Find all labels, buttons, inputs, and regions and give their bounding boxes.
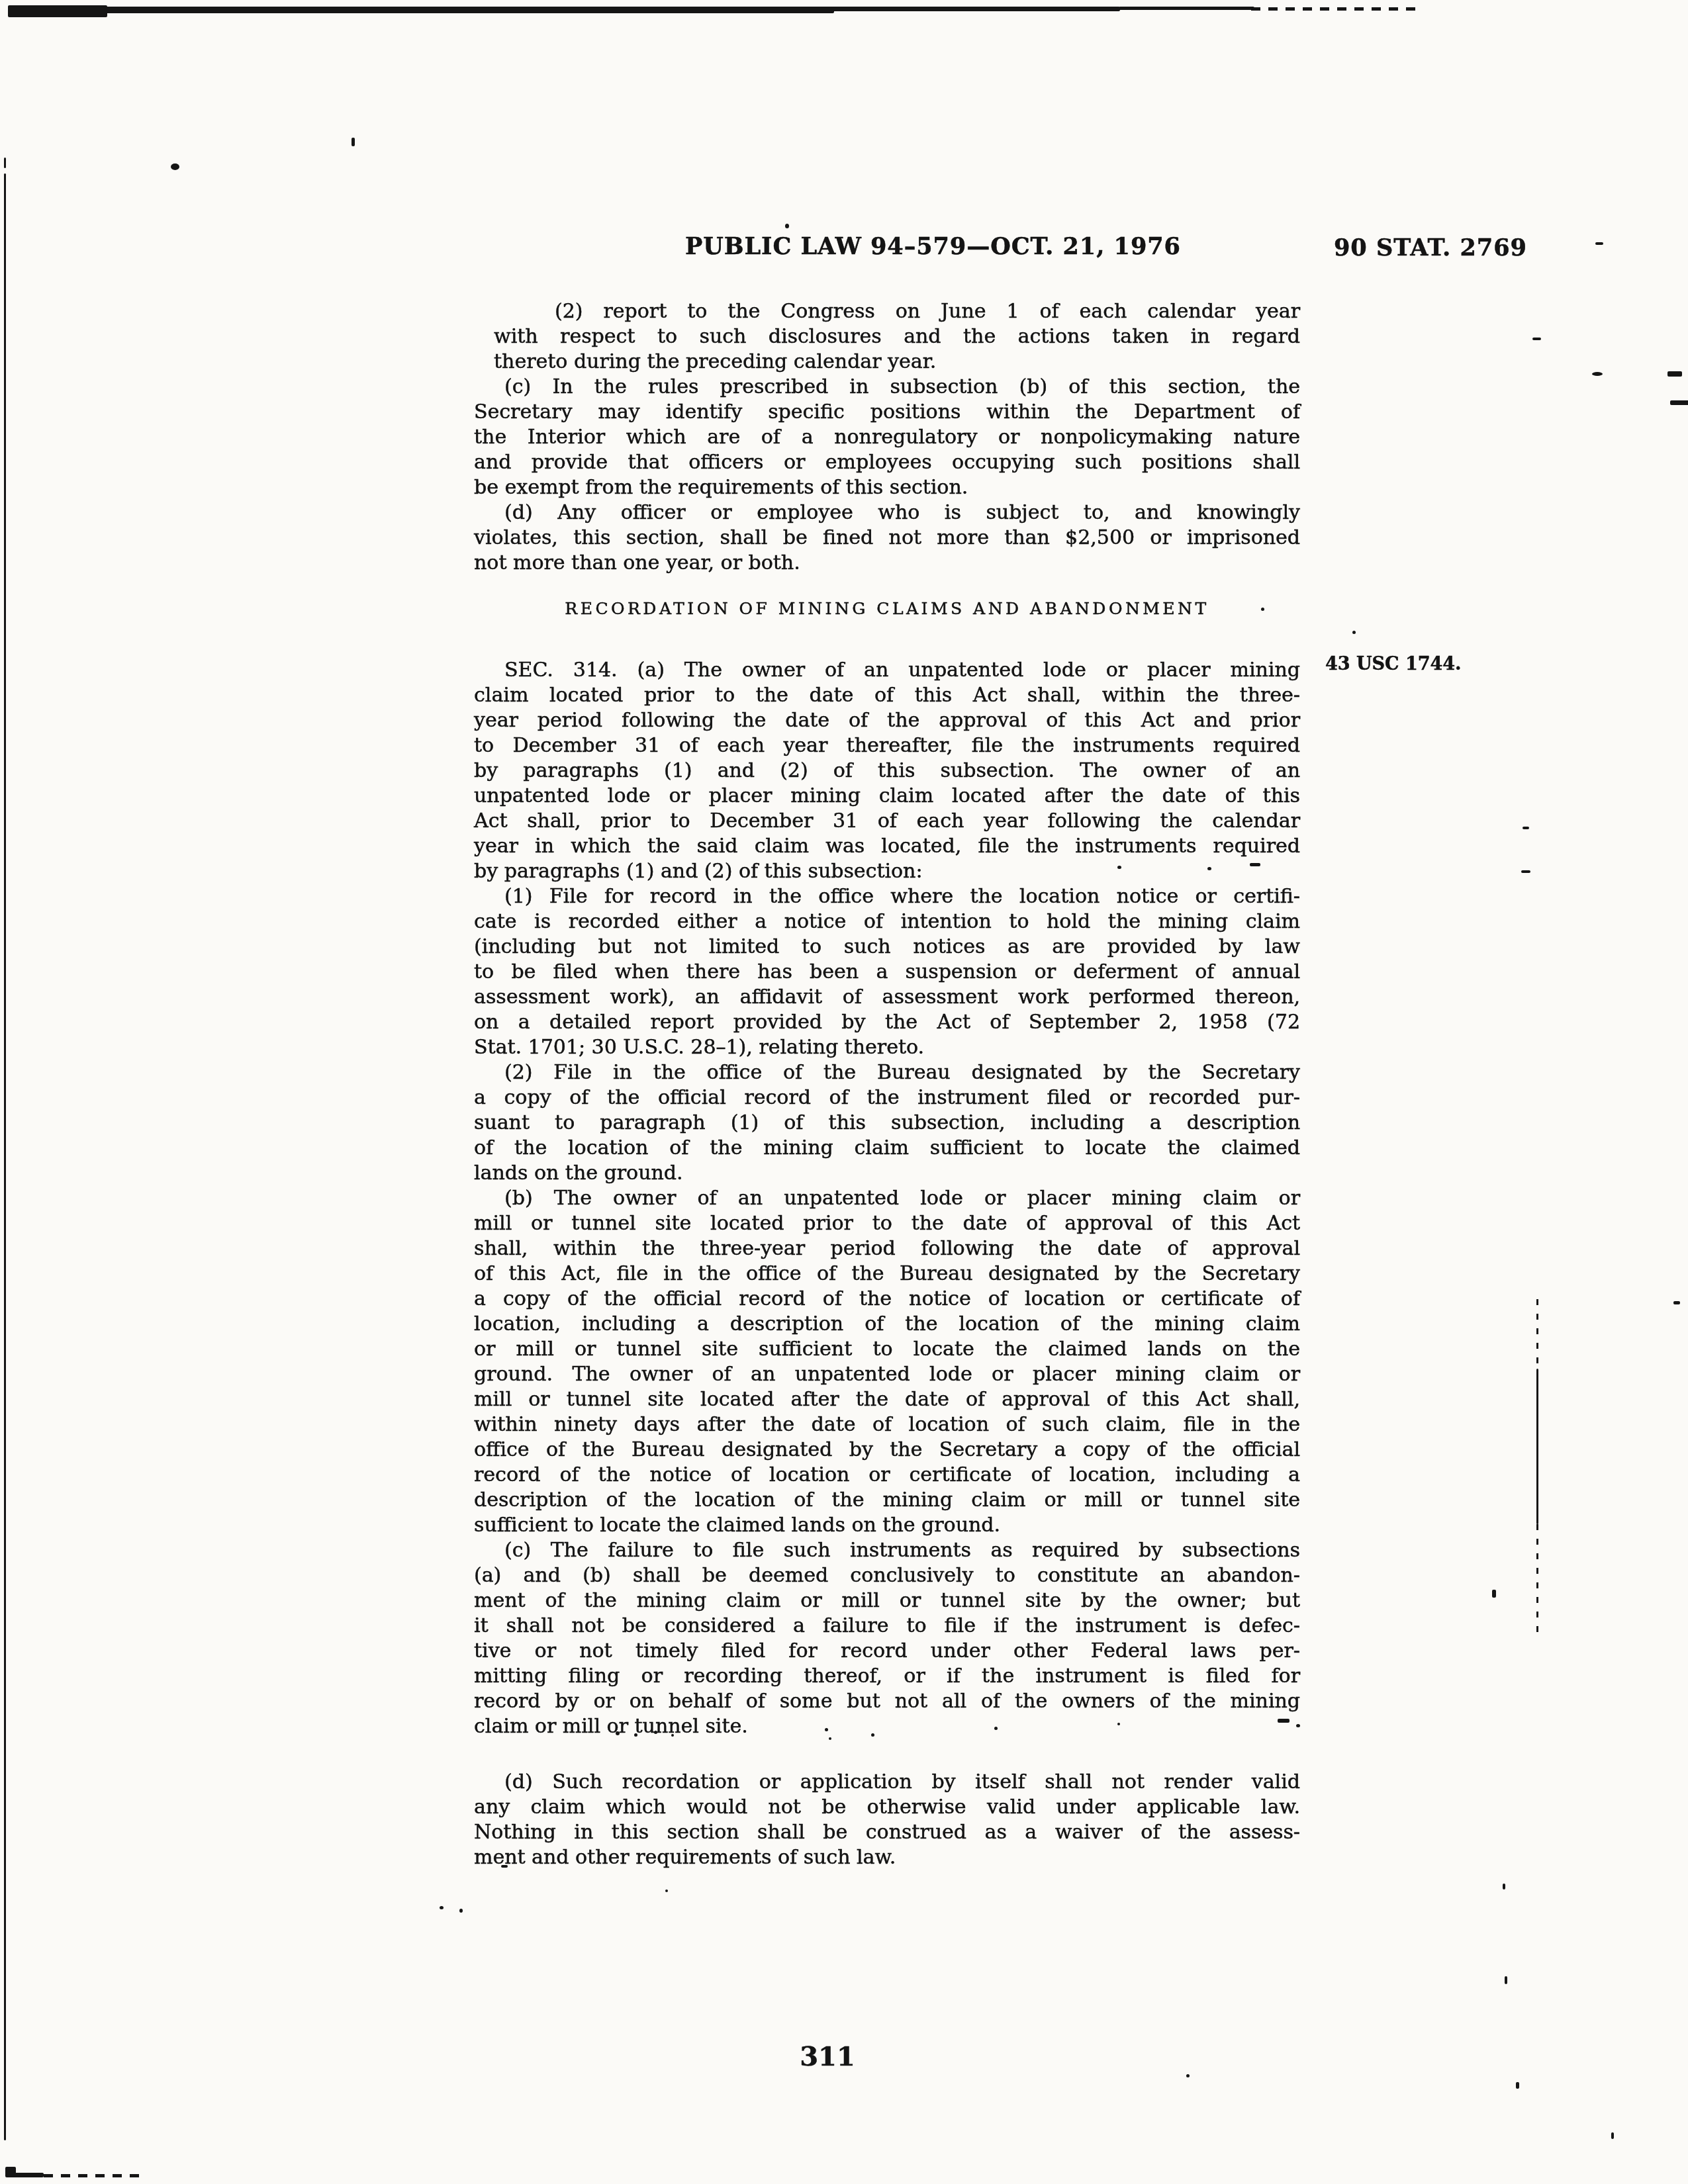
statute-line: on a detailed report provided by the Act… [474, 1010, 1300, 1035]
statute-line: sufficient to locate the claimed lands o… [474, 1513, 1300, 1538]
scan-artifact [171, 163, 179, 170]
statute-line: (d) Such recordation or application by i… [474, 1770, 1300, 1795]
statute-line: by paragraphs (1) and (2) of this subsec… [474, 758, 1300, 784]
paragraph-carryover-2: (2) report to the Congress on June 1 of … [474, 299, 1300, 375]
scan-artifact [501, 1865, 508, 1868]
statute-line: by paragraphs (1) and (2) of this subsec… [474, 859, 1300, 884]
statute-line: ment and other requirements of such law. [474, 1845, 1300, 1870]
statute-line: year in which the said claim was located… [474, 834, 1300, 859]
scan-artifact [829, 1737, 831, 1740]
statute-line: and provide that officers or employees o… [474, 450, 1300, 475]
scan-artifact [1667, 371, 1682, 377]
scan-artifact [1119, 7, 1254, 10]
scan-artifact [1186, 2074, 1190, 2077]
paragraph-subsection-c: (c) In the rules prescribed in subsectio… [474, 375, 1300, 500]
scan-artifact [825, 1728, 828, 1731]
statute-line: (c) The failure to file such instruments… [474, 1538, 1300, 1563]
statute-text-column: (2) report to the Congress on June 1 of … [474, 299, 1300, 1870]
scan-artifact [1278, 1719, 1289, 1723]
statute-line: any claim which would not be otherwise v… [474, 1795, 1300, 1820]
scan-artifact [1532, 338, 1541, 340]
running-head-law-title: PUBLIC LAW 94–579—OCT. 21, 1976 [685, 233, 1181, 260]
statute-line: record of the notice of location or cert… [474, 1463, 1300, 1488]
paragraph-clause-1: (1) File for record in the office where … [474, 884, 1300, 1060]
statute-line: of this Act, file in the office of the B… [474, 1261, 1300, 1287]
statute-line: Nothing in this section shall be constru… [474, 1820, 1300, 1845]
statute-line: (1) File for record in the office where … [474, 884, 1300, 909]
scan-artifact [1505, 1976, 1507, 1984]
statute-line: to December 31 of each year thereafter, … [474, 733, 1300, 758]
scan-artifact [1117, 866, 1121, 869]
statute-line: (d) Any officer or employee who is subje… [474, 500, 1300, 525]
statute-line: (a) and (b) shall be deemed conclusively… [474, 1563, 1300, 1588]
statute-line: to be filed when there has been a suspen… [474, 960, 1300, 985]
scanned-statute-page: PUBLIC LAW 94–579—OCT. 21, 1976 90 STAT.… [0, 0, 1688, 2184]
statute-line: cate is recorded either a notice of inte… [474, 909, 1300, 934]
scan-artifact [106, 10, 834, 13]
statute-line: a copy of the official record of the not… [474, 1287, 1300, 1312]
statute-line: (2) report to the Congress on June 1 of … [494, 299, 1300, 324]
paragraph-subsection-d: (d) Any officer or employee who is subje… [474, 500, 1300, 576]
scan-artifact [1352, 631, 1356, 634]
statute-line: assessment work), an affidavit of assess… [474, 985, 1300, 1010]
statute-line: violates, this section, shall be fined n… [474, 525, 1300, 551]
scan-artifact [1536, 1299, 1538, 1369]
scan-artifact [4, 173, 6, 2140]
statute-line: not more than one year, or both. [474, 551, 1300, 576]
scan-artifact [4, 158, 6, 168]
statute-line: ground. The owner of an unpatented lode … [474, 1362, 1300, 1387]
statute-line: location, including a description of the… [474, 1312, 1300, 1337]
scan-artifact [1117, 1723, 1120, 1725]
scan-artifact [5, 2173, 44, 2177]
statute-line: shall, within the three-year period foll… [474, 1236, 1300, 1261]
statute-line: or mill or tunnel site sufficient to loc… [474, 1337, 1300, 1362]
scan-artifact [1261, 608, 1264, 611]
statute-line: office of the Bureau designated by the S… [474, 1437, 1300, 1463]
statute-line: (c) In the rules prescribed in subsectio… [474, 375, 1300, 400]
statute-line: Stat. 1701; 30 U.S.C. 28–1), relating th… [474, 1035, 1300, 1060]
statute-line: Secretary may identify specific position… [474, 400, 1300, 425]
statute-line: thereto during the preceding calendar ye… [494, 349, 1300, 375]
paragraph-subsection-b: (b) The owner of an unpatented lode or p… [474, 1186, 1300, 1538]
margin-note-usc-citation: 43 USC 1744. [1325, 654, 1461, 674]
scan-artifact [994, 1727, 998, 1730]
statute-line: (including but not limited to such notic… [474, 934, 1300, 960]
scan-artifact [1492, 1590, 1496, 1598]
scan-artifact [665, 1889, 668, 1892]
scan-artifact [1521, 870, 1530, 873]
statute-line: (2) File in the office of the Bureau des… [474, 1060, 1300, 1085]
scan-artifact [1536, 1369, 1538, 1524]
statute-line: of the location of the mining claim suff… [474, 1136, 1300, 1161]
statute-line: SEC. 314. (a) The owner of an unpatented… [474, 658, 1300, 683]
statute-line: mill or tunnel site located after the da… [474, 1387, 1300, 1412]
statute-line: be exempt from the requirements of this … [474, 475, 1300, 500]
paragraph-sec-314-a: SEC. 314. (a) The owner of an unpatented… [474, 658, 1300, 884]
scan-artifact [654, 1731, 657, 1734]
statute-line: lands on the ground. [474, 1161, 1300, 1186]
scan-artifact [1595, 242, 1603, 245]
scan-artifact [440, 1906, 444, 1909]
scan-artifact [1611, 2132, 1614, 2139]
statute-line: (b) The owner of an unpatented lode or p… [474, 1186, 1300, 1211]
paragraph-subsection-c-failure: (c) The failure to file such instruments… [474, 1538, 1300, 1739]
statute-line: mill or tunnel site located prior to the… [474, 1211, 1300, 1236]
statute-line: ment of the mining claim or mill or tunn… [474, 1588, 1300, 1614]
scan-artifact [1673, 1301, 1680, 1304]
scan-artifact [1503, 1884, 1505, 1889]
scan-artifact [1523, 827, 1529, 829]
scan-artifact [616, 1731, 620, 1735]
section-heading: RECORDATION OF MINING CLAIMS AND ABANDON… [474, 596, 1300, 622]
scan-artifact [785, 224, 789, 228]
scan-artifact [1251, 7, 1423, 11]
statute-line: unpatented lode or placer mining claim l… [474, 784, 1300, 809]
statute-line: with respect to such disclosures and the… [494, 324, 1300, 349]
scan-artifact [1670, 400, 1688, 405]
statute-line: tive or not timely filed for record unde… [474, 1639, 1300, 1664]
scan-artifact [1592, 372, 1603, 376]
statute-line: claim located prior to the date of this … [474, 683, 1300, 708]
scan-artifact [1536, 1524, 1538, 1633]
statute-line: suant to paragraph (1) of this subsectio… [474, 1111, 1300, 1136]
statute-line: Act shall, prior to December 31 of each … [474, 809, 1300, 834]
scan-artifact [1250, 863, 1260, 866]
statute-line: the Interior which are of a nonregulator… [474, 425, 1300, 450]
statute-line: description of the location of the minin… [474, 1488, 1300, 1513]
scan-artifact [671, 1734, 674, 1737]
scan-artifact [1207, 867, 1211, 870]
scan-artifact [352, 138, 355, 146]
running-head-stat-ref: 90 STAT. 2769 [1334, 234, 1527, 261]
page-number: 311 [761, 2041, 894, 2072]
scan-artifact [871, 1733, 874, 1737]
paragraph-clause-2: (2) File in the office of the Bureau des… [474, 1060, 1300, 1186]
scan-artifact [1296, 1724, 1300, 1727]
scan-artifact [44, 2174, 143, 2177]
statute-line: claim or mill or tunnel site. [474, 1714, 1300, 1739]
statute-line: it shall not be considered a failure to … [474, 1614, 1300, 1639]
scan-artifact [459, 1909, 463, 1913]
statute-line: within ninety days after the date of loc… [474, 1412, 1300, 1437]
scan-artifact [634, 1733, 637, 1737]
paragraph-subsection-d-recordation: (d) Such recordation or application by i… [474, 1770, 1300, 1870]
statute-line: a copy of the official record of the ins… [474, 1085, 1300, 1111]
scan-artifact [1516, 2082, 1519, 2089]
statute-line: mitting filing or recording thereof, or … [474, 1664, 1300, 1689]
statute-line: record by or on behalf of some but not a… [474, 1689, 1300, 1714]
statute-line: year period following the date of the ap… [474, 708, 1300, 733]
